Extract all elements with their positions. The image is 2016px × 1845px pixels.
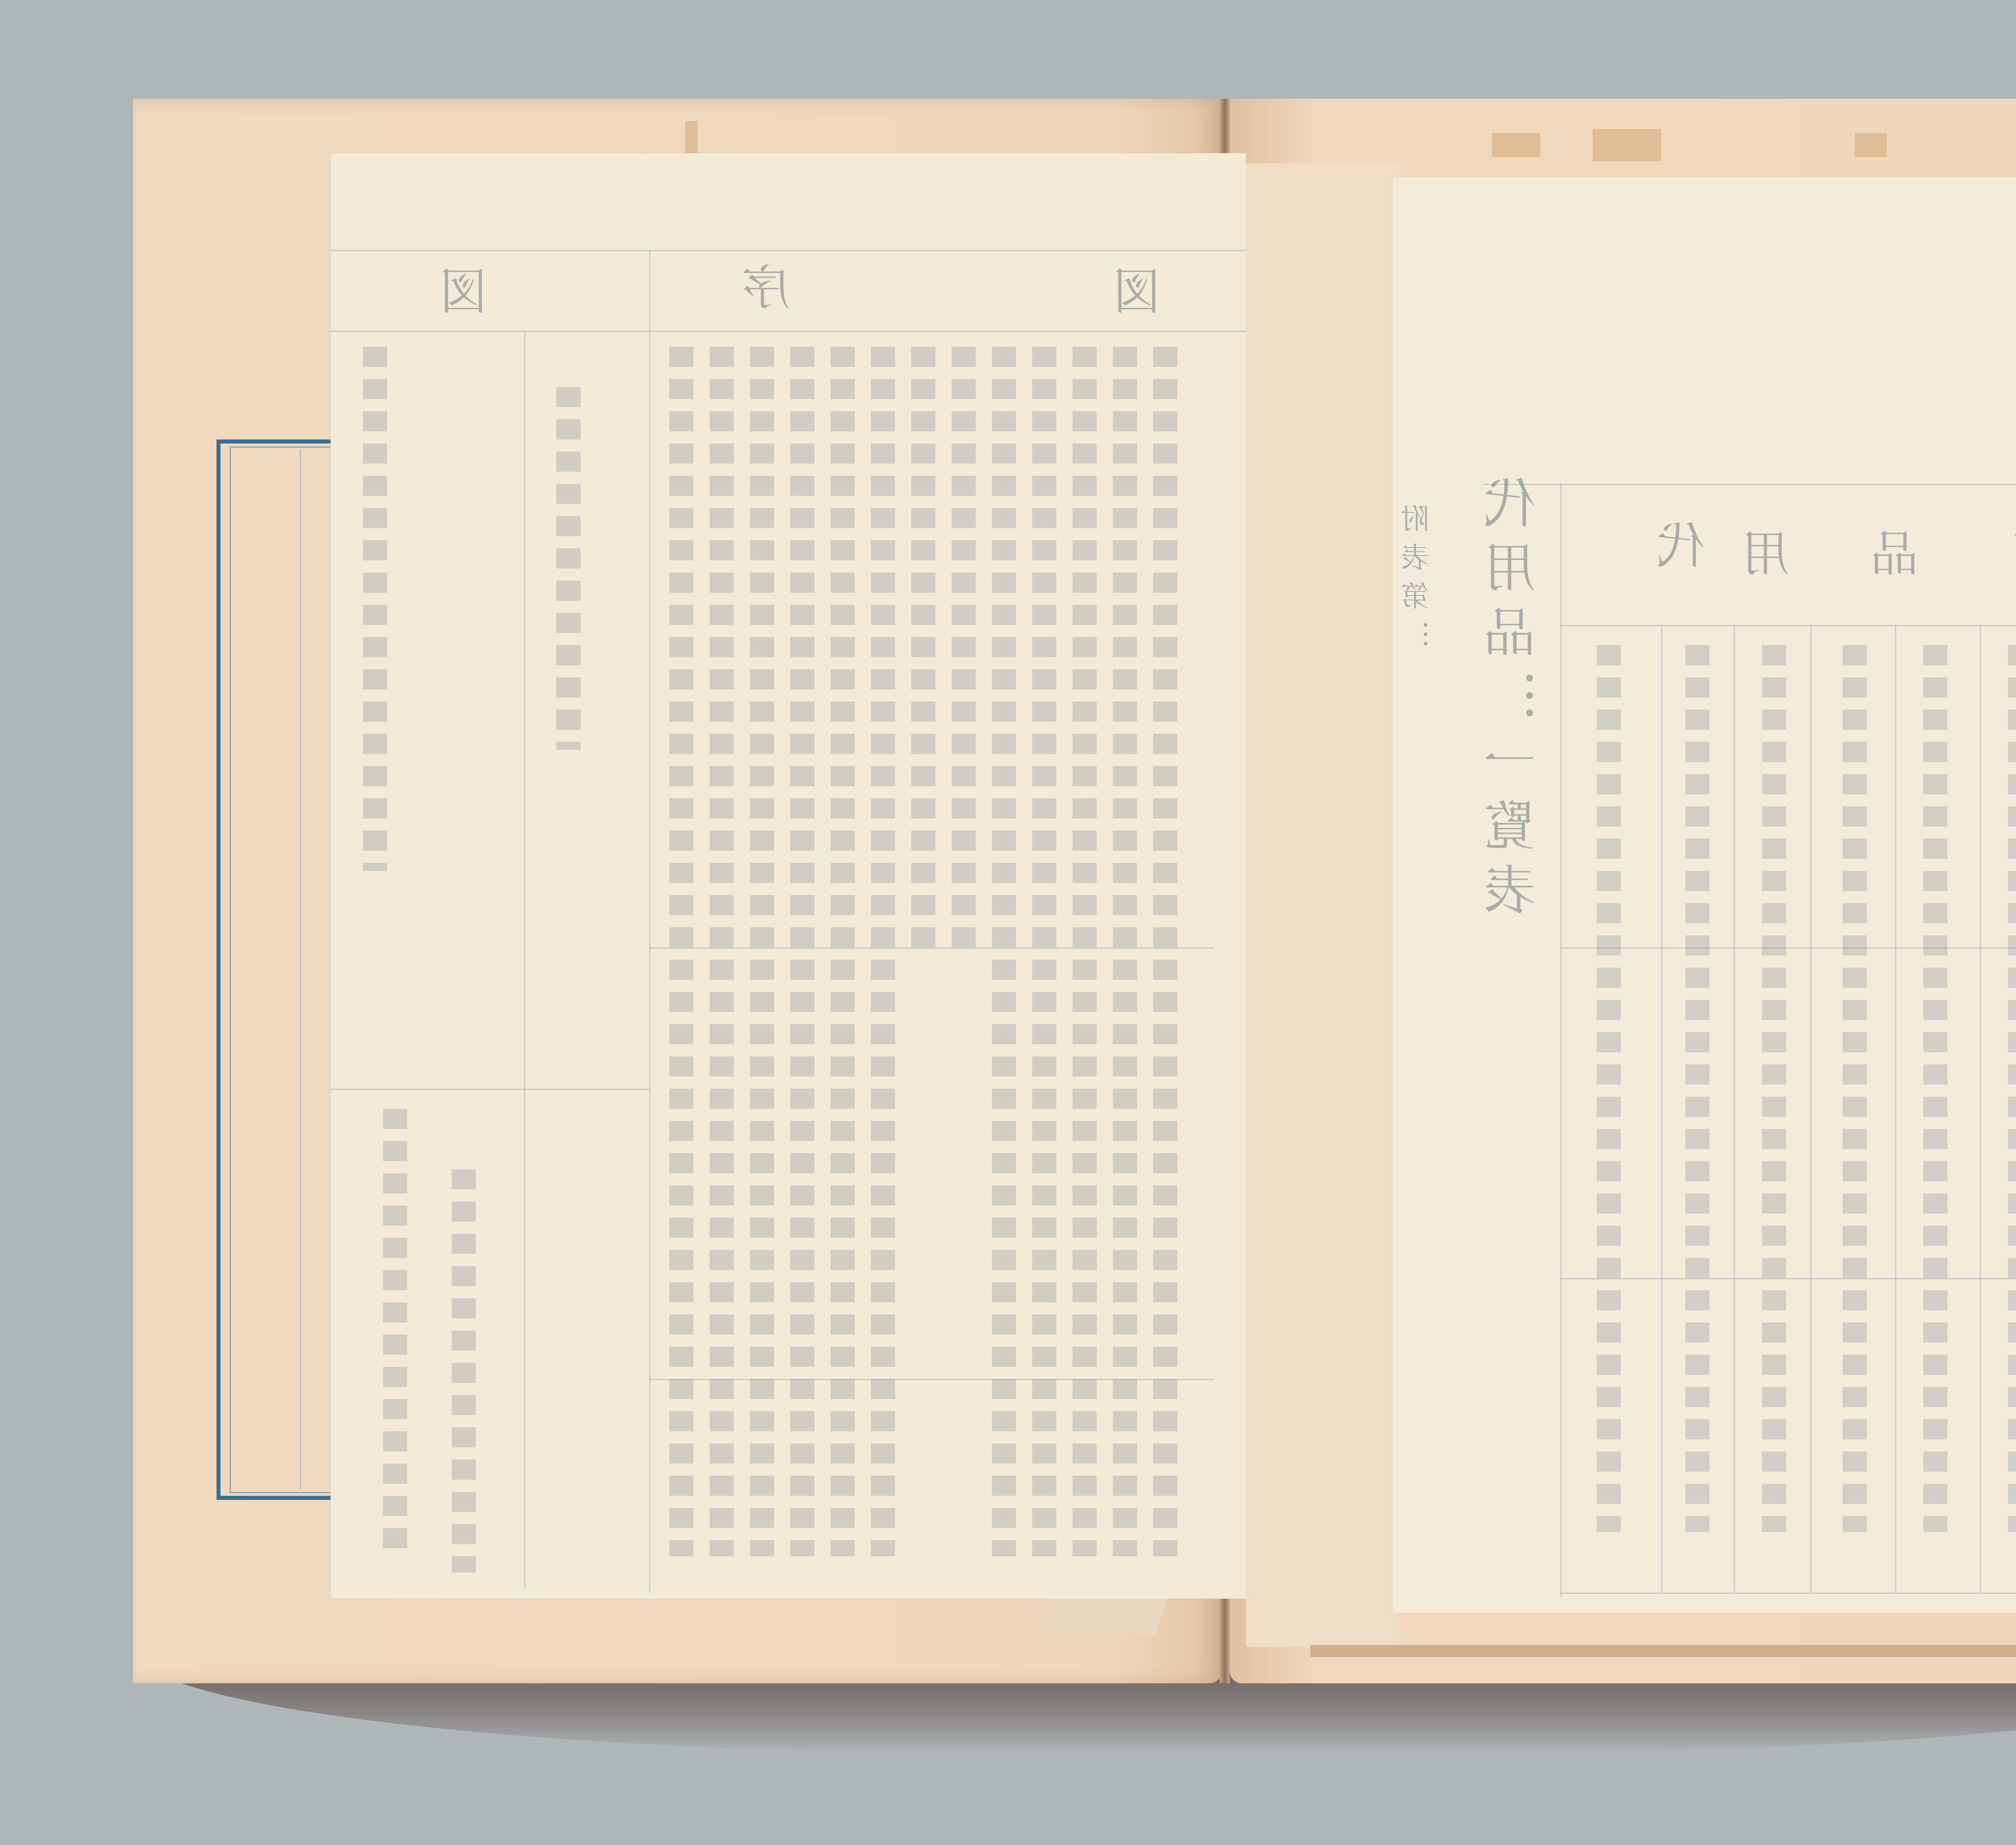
handwritten-column bbox=[710, 347, 734, 1556]
torn-paper-edge bbox=[1034, 1599, 1168, 1635]
header-cell-figure-left: 図 bbox=[444, 266, 492, 314]
ruled-line bbox=[331, 250, 1246, 251]
handwritten-column bbox=[871, 347, 895, 1556]
printed-inner-rule bbox=[300, 450, 301, 1490]
table-header-cell: 用 bbox=[1746, 528, 1794, 577]
table-header-cell: 目 bbox=[2012, 528, 2016, 577]
table-rule bbox=[1560, 484, 1562, 1597]
handwritten-column bbox=[556, 387, 581, 750]
table-rule bbox=[1895, 625, 1896, 1593]
handwritten-column bbox=[750, 347, 774, 1556]
handwritten-column bbox=[1032, 347, 1056, 1556]
ruled-line bbox=[331, 331, 1246, 332]
handwritten-column bbox=[790, 347, 814, 1556]
table-rule bbox=[1560, 1278, 2016, 1279]
handwritten-column bbox=[1597, 645, 1621, 1532]
handwritten-column bbox=[669, 347, 694, 1556]
handwritten-column bbox=[1113, 347, 1137, 1556]
handwritten-column bbox=[1923, 645, 1947, 1532]
handwritten-column bbox=[992, 347, 1016, 1556]
handwritten-column bbox=[1843, 645, 1867, 1532]
table-rule bbox=[1484, 484, 2016, 485]
handwritten-column bbox=[1762, 645, 1786, 1532]
stain bbox=[1855, 133, 1887, 157]
table-header-cell: 品 bbox=[1875, 528, 1923, 577]
handwritten-column bbox=[1685, 645, 1710, 1532]
handwritten-column bbox=[831, 347, 855, 1556]
margin-note: 附表第… bbox=[1403, 504, 1431, 659]
table-title: 代用品…一覧表 bbox=[1488, 476, 1540, 1403]
handwritten-column bbox=[452, 1169, 476, 1572]
handwritten-column bbox=[1073, 347, 1097, 1556]
table-rule bbox=[1810, 625, 1812, 1593]
stain bbox=[1492, 133, 1540, 157]
table-rule bbox=[1560, 1593, 2016, 1594]
table-header-cell: 代 bbox=[1661, 520, 1710, 568]
table-rule bbox=[1734, 625, 1735, 1593]
right-tissue-strip bbox=[1246, 163, 1399, 1647]
table-rule bbox=[1980, 625, 1981, 1593]
table-rule bbox=[1560, 947, 2016, 949]
handwritten-column bbox=[383, 1109, 407, 1552]
page-stack-edge bbox=[1310, 1645, 2016, 1657]
ruled-line bbox=[524, 331, 525, 1589]
header-cell-figure-right: 図 bbox=[1117, 266, 1165, 314]
header-cell-preface: 序 bbox=[746, 262, 794, 310]
ruled-line bbox=[649, 250, 650, 1593]
handwritten-column bbox=[2008, 645, 2016, 1532]
ruled-line bbox=[331, 1089, 649, 1090]
table-rule bbox=[1661, 625, 1662, 1593]
table-rule bbox=[1560, 625, 2016, 626]
handwritten-column bbox=[1153, 347, 1177, 1556]
stain bbox=[1593, 129, 1661, 161]
handwritten-column bbox=[952, 347, 976, 952]
handwritten-column bbox=[911, 347, 935, 952]
handwritten-column bbox=[363, 347, 387, 871]
